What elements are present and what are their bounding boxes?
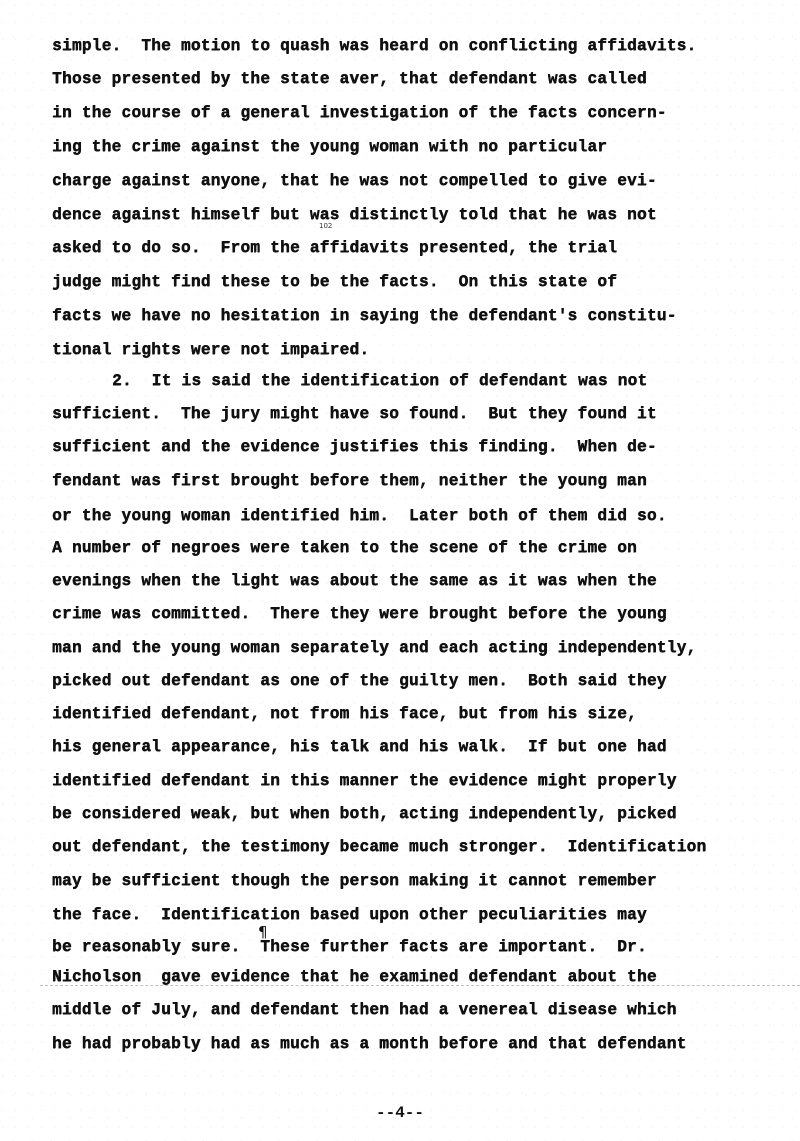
page-number: --4-- <box>376 1104 424 1122</box>
text-line: identified defendant, not from his face,… <box>52 704 637 724</box>
text-line: the face. Identification based upon othe… <box>52 905 647 925</box>
text-line: be reasonably sure. These further facts … <box>52 937 647 957</box>
text-line: simple. The motion to quash was heard on… <box>52 36 696 56</box>
text-line: ing the crime against the young woman wi… <box>52 137 607 157</box>
text-line: may be sufficient though the person maki… <box>52 871 657 891</box>
text-line: fendant was first brought before them, n… <box>52 471 647 491</box>
paragraph-start-line: 2. It is said the identification of defe… <box>112 371 647 391</box>
text-line: dence against himself but was distinctly… <box>52 205 657 225</box>
text-line: sufficient. The jury might have so found… <box>52 404 657 424</box>
text-line: sufficient and the evidence justifies th… <box>52 437 657 457</box>
text-line: his general appearance, his talk and his… <box>52 737 667 757</box>
text-line: identified defendant in this manner the … <box>52 771 677 791</box>
text-line: or the young woman identified him. Later… <box>52 506 667 526</box>
text-line: Those presented by the state aver, that … <box>52 69 647 89</box>
text-line: middle of July, and defendant then had a… <box>52 1000 677 1020</box>
text-line: judge might find these to be the facts. … <box>52 272 617 292</box>
text-line: charge against anyone, that he was not c… <box>52 171 657 191</box>
text-line: in the course of a general investigation… <box>52 103 667 123</box>
text-line: man and the young woman separately and e… <box>52 638 696 658</box>
text-line: tional rights were not impaired. <box>52 340 369 360</box>
text-line: evenings when the light was about the sa… <box>52 571 657 591</box>
text-line: be considered weak, but when both, actin… <box>52 804 677 824</box>
text-line: he had probably had as much as a month b… <box>52 1034 687 1054</box>
text-line: Nicholson gave evidence that he examined… <box>52 967 657 987</box>
text-line: A number of negroes were taken to the sc… <box>52 538 637 558</box>
handwritten-annotation: 102 <box>319 222 332 230</box>
document-page: simple. The motion to quash was heard on… <box>0 0 800 1141</box>
text-line: asked to do so. From the affidavits pres… <box>52 238 617 258</box>
text-line: crime was committed. There they were bro… <box>52 604 667 624</box>
text-line: out defendant, the testimony became much… <box>52 837 706 857</box>
text-line: picked out defendant as one of the guilt… <box>52 671 667 691</box>
text-line: facts we have no hesitation in saying th… <box>52 306 677 326</box>
